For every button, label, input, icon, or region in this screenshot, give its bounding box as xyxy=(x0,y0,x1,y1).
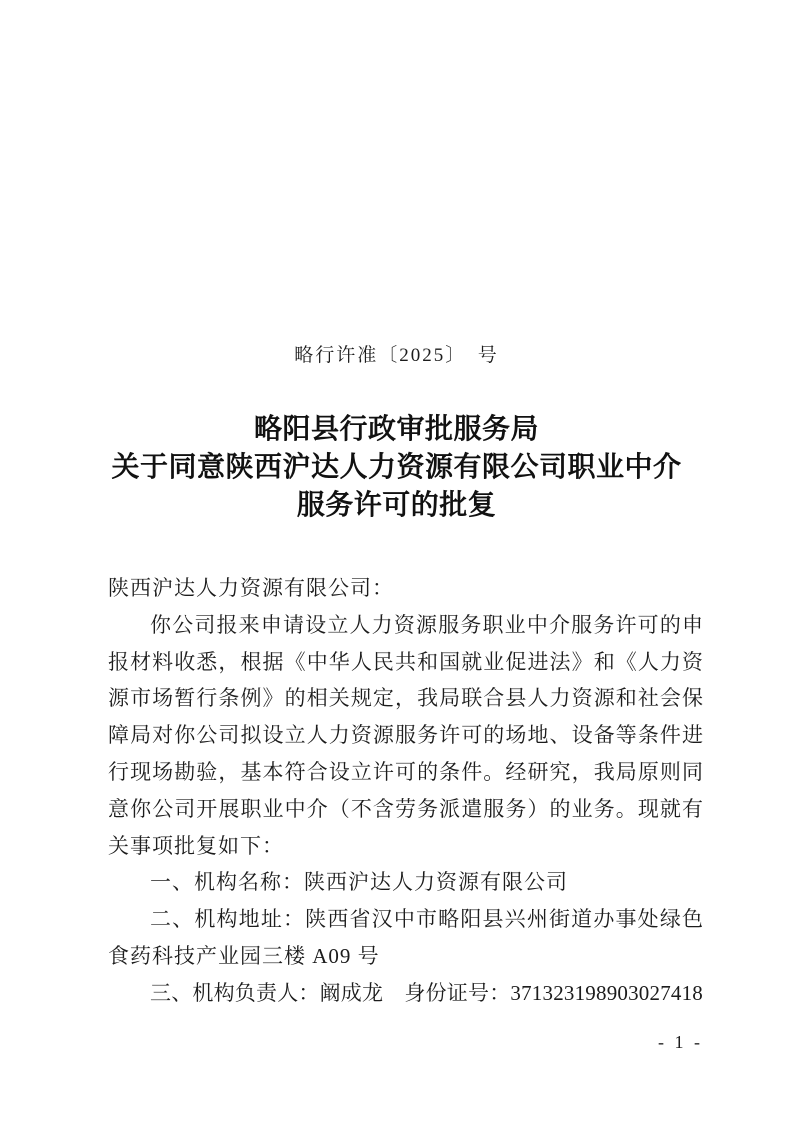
title-line-subject: 关于同意陕西沪达人力资源有限公司职业中介 xyxy=(0,449,793,487)
title-line-issuer: 略阳县行政审批服务局 xyxy=(0,411,793,449)
paragraph-main-approval: 你公司报来申请设立人力资源服务职业中介服务许可的申报材料收悉，根据《中华人民共和… xyxy=(108,607,704,865)
salutation-line: 陕西沪达人力资源有限公司： xyxy=(108,570,704,607)
title-line-doc-type: 服务许可的批复 xyxy=(0,487,793,525)
document-body: 陕西沪达人力资源有限公司： 你公司报来申请设立人力资源服务职业中介服务许可的申报… xyxy=(108,570,704,1012)
paragraph-item-org-address: 二、机构地址：陕西省汉中市略阳县兴州街道办事处绿色食药科技产业园三楼 A09 号 xyxy=(108,901,704,975)
document-title: 略阳县行政审批服务局 关于同意陕西沪达人力资源有限公司职业中介 服务许可的批复 xyxy=(0,411,793,525)
paragraph-item-org-representative: 三、机构负责人：阚成龙 身份证号：371323198903027418 xyxy=(108,975,704,1012)
page-number: - 1 - xyxy=(658,1031,703,1053)
paragraph-item-org-name: 一、机构名称：陕西沪达人力资源有限公司 xyxy=(108,864,704,901)
document-page: 略行许准〔2025〕 号 略阳县行政审批服务局 关于同意陕西沪达人力资源有限公司… xyxy=(0,0,793,1122)
document-reference-number: 略行许准〔2025〕 号 xyxy=(0,343,793,369)
